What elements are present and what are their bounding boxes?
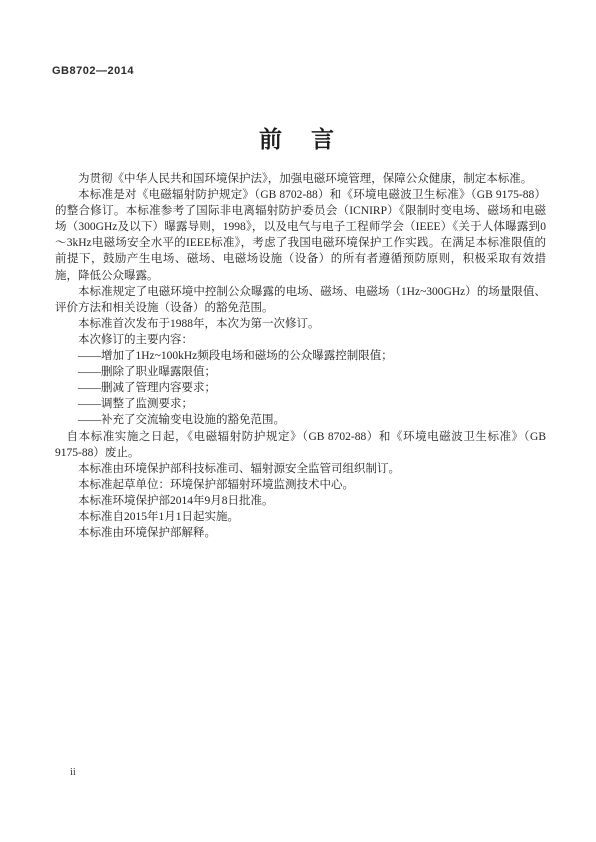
paragraph: 本标准由环境保护部解释。 — [55, 525, 546, 541]
paragraph: 自本标准实施之日起，《电磁辐射防护规定》（GB 8702-88）和《环境电磁波卫… — [55, 429, 546, 461]
revision-item: ——调整了监测要求； — [55, 396, 546, 412]
paragraph: 为贯彻《中华人民共和国环境保护法》，加强电磁环境管理，保障公众健康，制定本标准。 — [55, 171, 546, 187]
revision-item: ——增加了1Hz~100kHz频段电场和磁场的公众曝露控制限值； — [55, 348, 546, 364]
paragraph: 本标准由环境保护部科技标准司、辐射源安全监管司组织制订。 — [55, 461, 546, 477]
page-number: ii — [70, 767, 76, 778]
revision-item: ——删除了职业曝露限值； — [55, 364, 546, 380]
standard-code: GB8702—2014 — [52, 65, 134, 77]
document-body: 为贯彻《中华人民共和国环境保护法》，加强电磁环境管理，保障公众健康，制定本标准。… — [55, 171, 546, 541]
paragraph: 本标准自2015年1月1日起实施。 — [55, 509, 546, 525]
page-title: 前 言 — [0, 121, 596, 154]
paragraph: 本标准规定了电磁环境中控制公众曝露的电场、磁场、电磁场（1Hz~300GHz）的… — [55, 284, 546, 316]
paragraph: 本标准起草单位：环境保护部辐射环境监测技术中心。 — [55, 477, 546, 493]
paragraph: 本标准是对《电磁辐射防护规定》（GB 8702-88）和《环境电磁波卫生标准》（… — [55, 187, 546, 284]
document-page: GB8702—2014 前 言 为贯彻《中华人民共和国环境保护法》，加强电磁环境… — [0, 0, 596, 842]
revision-item: ——删减了管理内容要求； — [55, 380, 546, 396]
paragraph: 本次修订的主要内容： — [55, 332, 546, 348]
paragraph: 本标准环境保护部2014年9月8日批准。 — [55, 493, 546, 509]
revision-item: ——补充了交流输变电设施的豁免范围。 — [55, 412, 546, 428]
paragraph: 本标准首次发布于1988年，本次为第一次修订。 — [55, 316, 546, 332]
